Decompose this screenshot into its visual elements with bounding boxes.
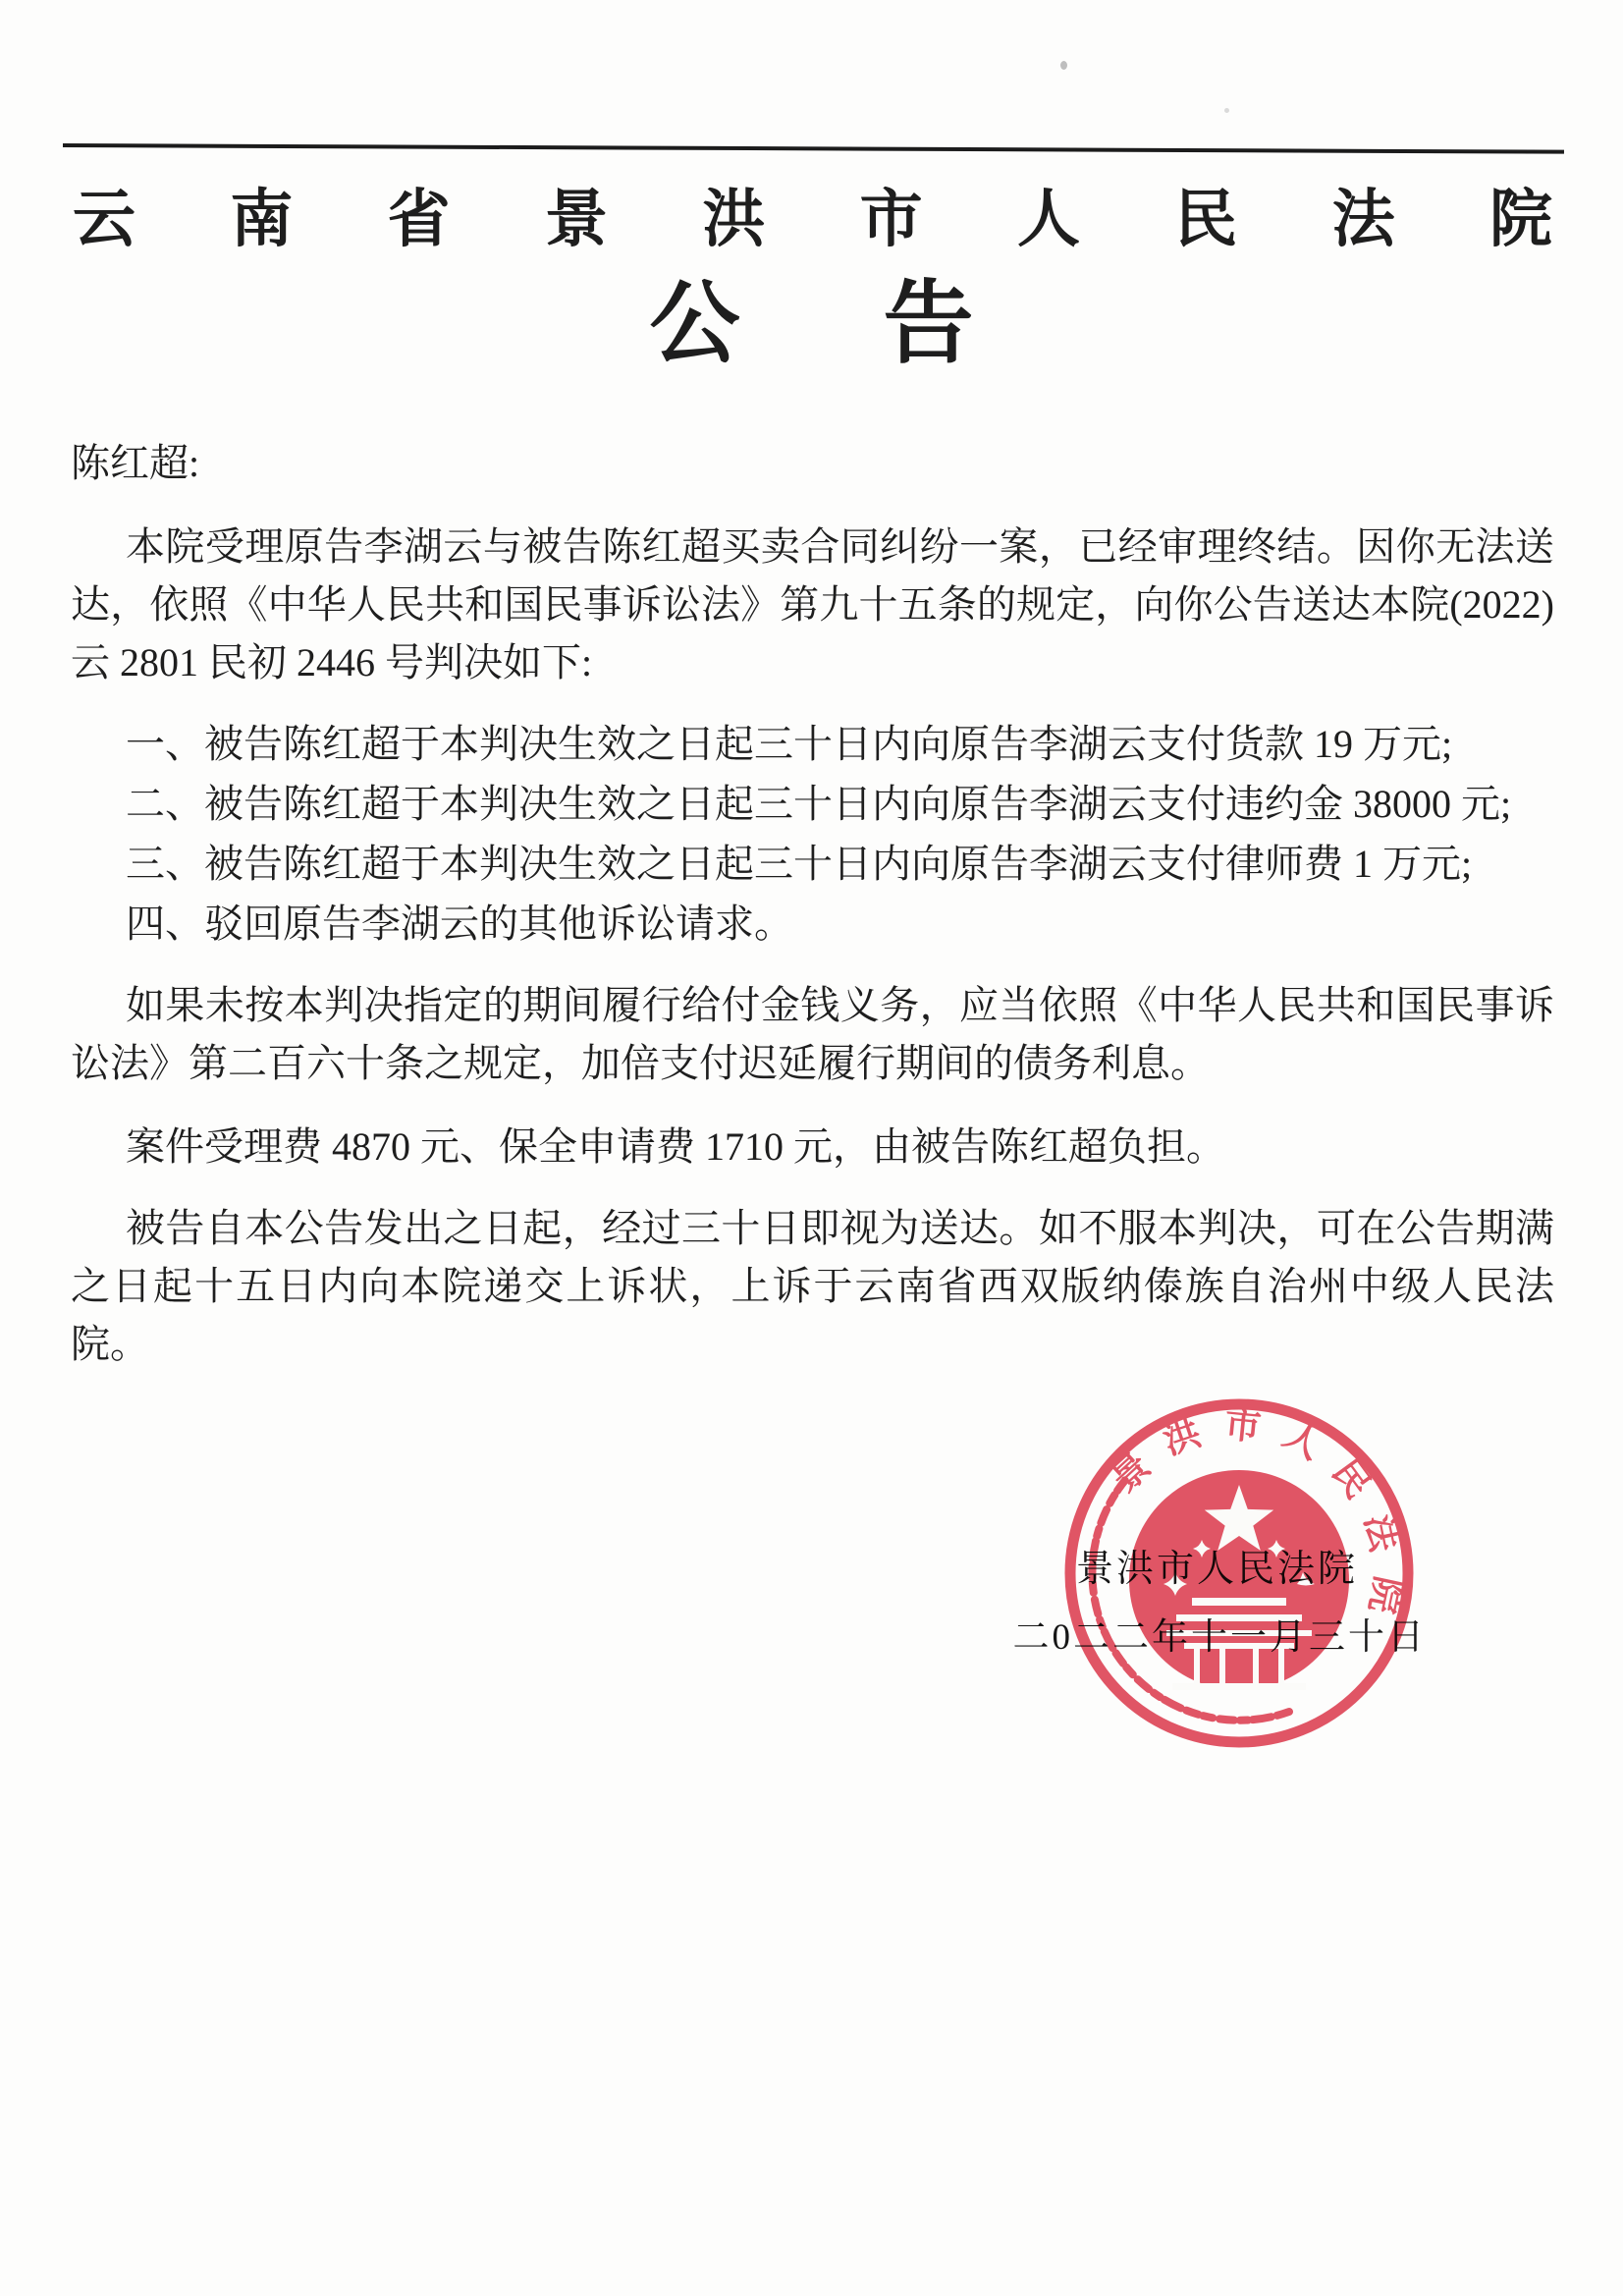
document-page: 云南省景洪市人民法院 公告 陈红超: 本院受理原告李湖云与被告陈红超买卖合同纠纷… [0,0,1623,2296]
judgment-item-2: 二、被告陈红超于本判决生效之日起三十日内向原告李湖云支付违约金 38000 元; [71,775,1554,833]
judgment-item-3: 三、被告陈红超于本判决生效之日起三十日内向原告李湖云支付律师费 1 万元; [71,835,1554,893]
page-title: 公告 [650,273,974,375]
seal-graphic: 景洪市人民法院 [1057,1392,1421,1755]
appeal-notice-paragraph: 被告自本公告发出之日起，经过三十日即视为送达。如不服本判决，可在公告期满之日起十… [71,1199,1554,1373]
fees-paragraph: 案件受理费 4870 元、保全申请费 1710 元，由被告陈红超负担。 [71,1118,1554,1175]
recipient-name: 陈红超: [71,434,1554,492]
official-seal: 景洪市人民法院 [1057,1392,1421,1755]
document-body: 陈红超: 本院受理原告李湖云与被告陈红超买卖合同纠纷一案，已经审理终结。因你无法… [71,434,1554,1373]
scan-speck [1060,61,1067,70]
interest-clause-paragraph: 如果未按本判决指定的期间履行给付金钱义务，应当依照《中华人民共和国民事诉讼法》第… [71,976,1554,1092]
scan-speck [1224,108,1229,113]
intro-paragraph: 本院受理原告李湖云与被告陈红超买卖合同纠纷一案，已经审理终结。因你无法送达，依照… [71,518,1554,691]
national-emblem-icon [1129,1470,1349,1690]
judgment-item-4: 四、驳回原告李湖云的其他诉讼请求。 [71,895,1554,953]
header-rule [63,143,1564,153]
judgment-item-1: 一、被告陈红超于本判决生效之日起三十日内向原告李湖云支付货款 19 万元; [71,715,1554,773]
page-header-court-name: 云南省景洪市人民法院 [73,173,1552,267]
